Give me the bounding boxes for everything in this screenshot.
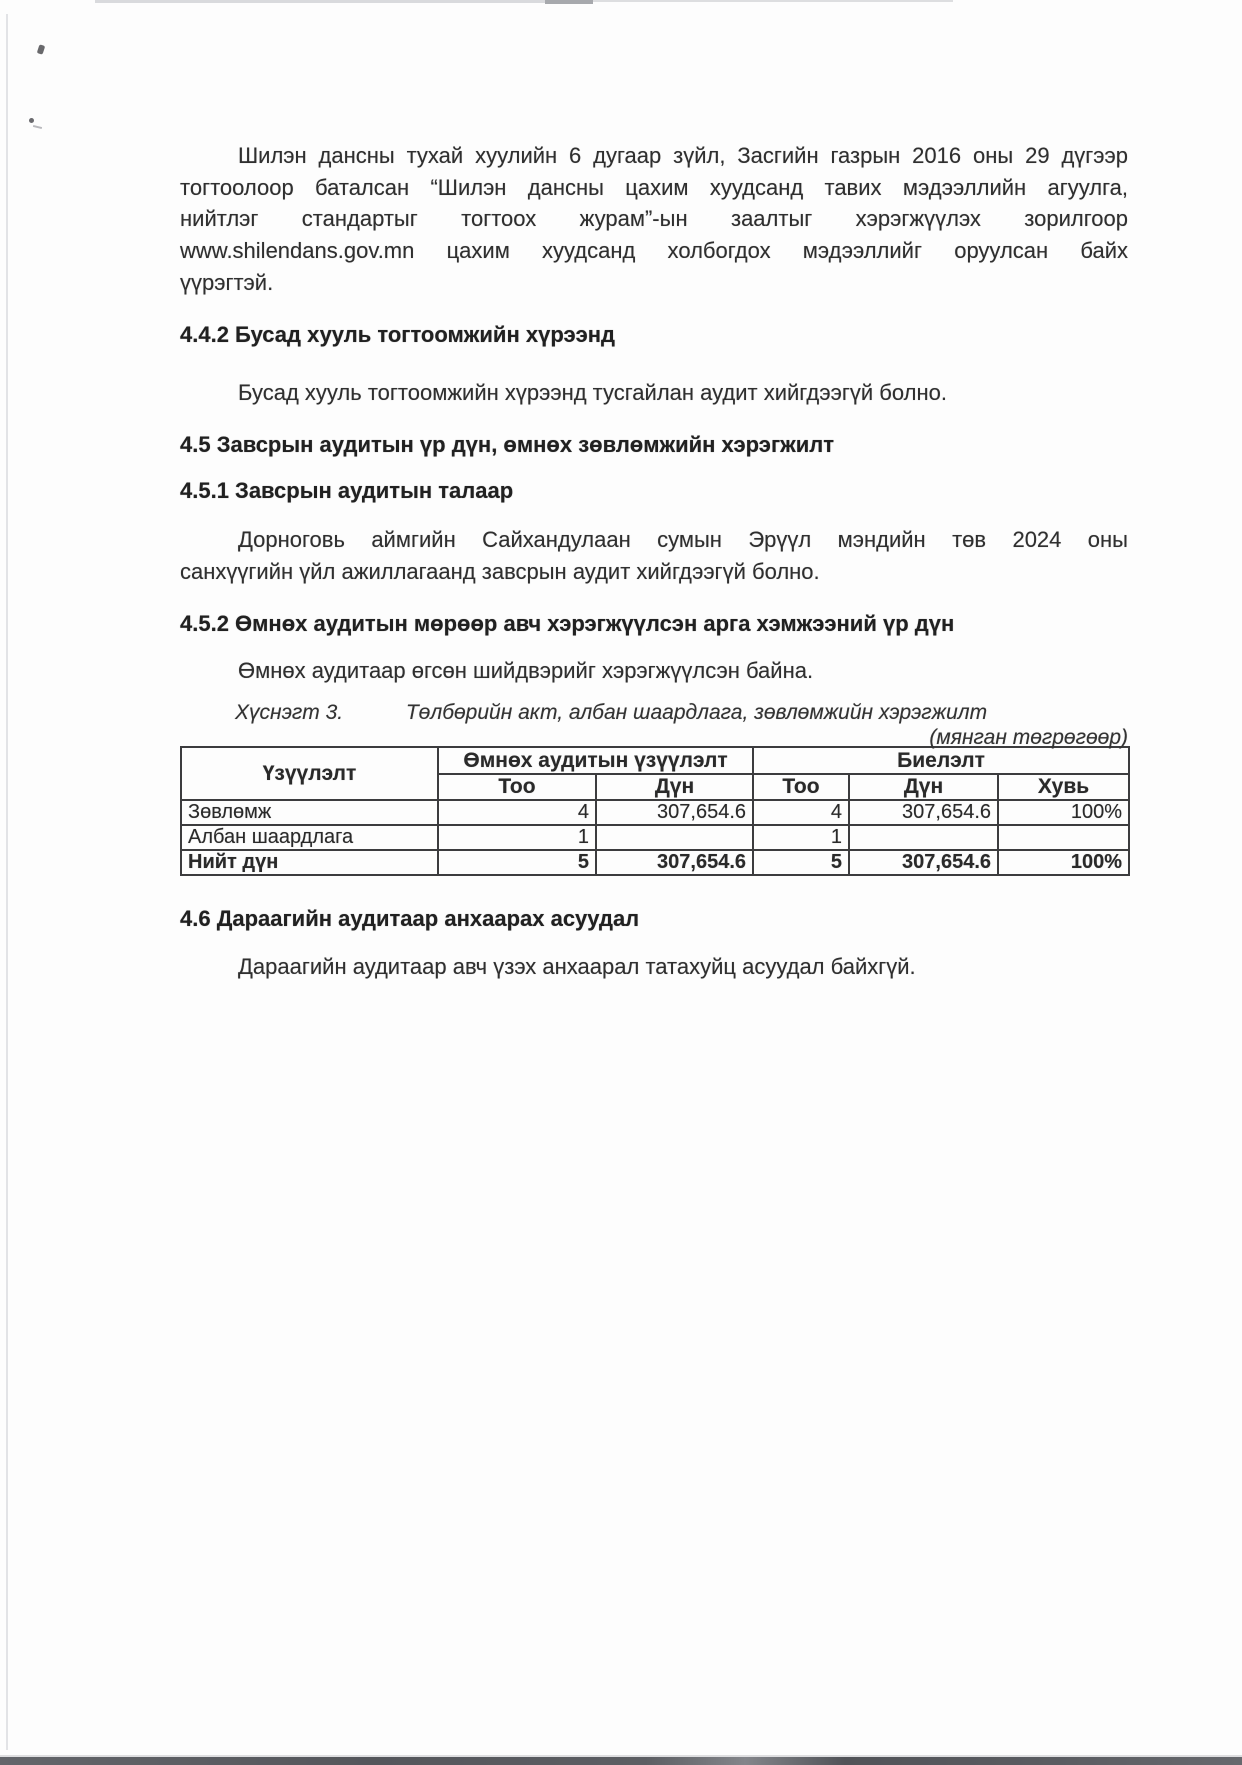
row-label: Зөвлөмж	[181, 800, 438, 825]
table-header-group-row: Үзүүлэлт Өмнөх аудитын үзүүлэлт Биелэлт	[181, 747, 1129, 774]
cell-percent: 100%	[998, 800, 1129, 825]
paragraph-line: Шилэн дансны тухай хуулийн 6 дугаар зүйл…	[180, 140, 1128, 172]
cell-count: 1	[438, 825, 596, 850]
cell-count: 4	[753, 800, 849, 825]
column-header-count: Тоо	[438, 774, 596, 800]
heading-4-5-1: 4.5.1 Завсрын аудитын талаар	[180, 475, 1128, 507]
document-body: Шилэн дансны тухай хуулийн 6 дугаар зүйл…	[180, 140, 1128, 983]
heading-4-6: 4.6 Дараагийн аудитаар анхаарах асуудал	[180, 903, 1128, 935]
paragraph-4-6: Дараагийн аудитаар авч үзэх анхаарал тат…	[180, 951, 1128, 983]
table-caption-number: Хүснэгт 3.	[235, 700, 400, 726]
scan-top-edge-faint-line	[593, 0, 953, 2]
column-group-fulfillment: Биелэлт	[753, 747, 1129, 774]
cell-count: 5	[753, 850, 849, 875]
scan-top-edge-line	[95, 0, 565, 3]
intro-paragraph: Шилэн дансны тухай хуулийн 6 дугаар зүйл…	[180, 140, 1128, 299]
cell-amount	[849, 825, 998, 850]
row-label: Албан шаардлага	[181, 825, 438, 850]
heading-4-4-2: 4.4.2 Бусад хууль тогтоомжийн хүрээнд	[180, 319, 1128, 351]
paragraph-4-5-2: Өмнөх аудитаар өгсөн шийдвэрийг хэрэгжүү…	[180, 655, 1128, 687]
heading-4-5: 4.5 Завсрын аудитын үр дүн, өмнөх зөвлөм…	[180, 429, 1128, 461]
cell-amount: 307,654.6	[849, 800, 998, 825]
scanned-document-page: Шилэн дансны тухай хуулийн 6 дугаар зүйл…	[0, 0, 1242, 1765]
cell-amount: 307,654.6	[596, 800, 753, 825]
cell-count: 4	[438, 800, 596, 825]
heading-4-5-2: 4.5.2 Өмнөх аудитын мөрөөр авч хэрэгжүүл…	[180, 608, 1128, 640]
paragraph-line: www.shilendans.gov.mn цахим хуудсанд хол…	[180, 235, 1128, 267]
paragraph-4-4-2: Бусад хууль тогтоомжийн хүрээнд тусгайла…	[180, 377, 1128, 409]
paragraph-line: санхүүгийн үйл ажиллагаанд завсрын аудит…	[180, 556, 1128, 588]
table-total-row: Нийт дүн 5 307,654.6 5 307,654.6 100%	[181, 850, 1129, 875]
cell-amount	[596, 825, 753, 850]
row-label: Нийт дүн	[181, 850, 438, 875]
table-caption: Хүснэгт 3. Төлбөрийн акт, албан шаардлаг…	[180, 700, 1128, 726]
cell-amount: 307,654.6	[596, 850, 753, 875]
table-row: Албан шаардлага 1 1	[181, 825, 1129, 850]
cell-amount: 307,654.6	[849, 850, 998, 875]
column-header-percent: Хувь	[998, 774, 1129, 800]
column-header-amount: Дүн	[596, 774, 753, 800]
previous-audit-implementation-table: Үзүүлэлт Өмнөх аудитын үзүүлэлт Биелэлт …	[180, 746, 1130, 876]
paragraph-line: тогтоолоор баталсан “Шилэн дансны цахим …	[180, 172, 1128, 204]
column-group-previous-audit: Өмнөх аудитын үзүүлэлт	[438, 747, 753, 774]
scan-left-edge-line	[6, 14, 8, 1750]
scan-speck-mark	[37, 44, 45, 54]
paragraph-line: нийтлэг стандартыг тогтоох журам”-ын заа…	[180, 203, 1128, 235]
scan-top-edge-dark-dash	[545, 0, 593, 4]
paragraph-line: Дорноговь аймгийн Сайхандулаан сумын Эрү…	[180, 524, 1128, 556]
cell-count: 5	[438, 850, 596, 875]
cell-percent	[998, 825, 1129, 850]
column-header-count: Тоо	[753, 774, 849, 800]
column-header-indicator: Үзүүлэлт	[181, 747, 438, 800]
table-row: Зөвлөмж 4 307,654.6 4 307,654.6 100%	[181, 800, 1129, 825]
scan-speck-tail	[33, 125, 42, 129]
cell-percent: 100%	[998, 850, 1129, 875]
paragraph-line: үүрэгтэй.	[180, 267, 1128, 299]
cell-count: 1	[753, 825, 849, 850]
scan-speck-dot	[29, 118, 34, 123]
table-caption-title: Төлбөрийн акт, албан шаардлага, зөвлөмжи…	[406, 701, 987, 724]
scan-bottom-edge-bar	[0, 1757, 1242, 1765]
column-header-amount: Дүн	[849, 774, 998, 800]
paragraph-4-5-1: Дорноговь аймгийн Сайхандулаан сумын Эрү…	[180, 524, 1128, 587]
